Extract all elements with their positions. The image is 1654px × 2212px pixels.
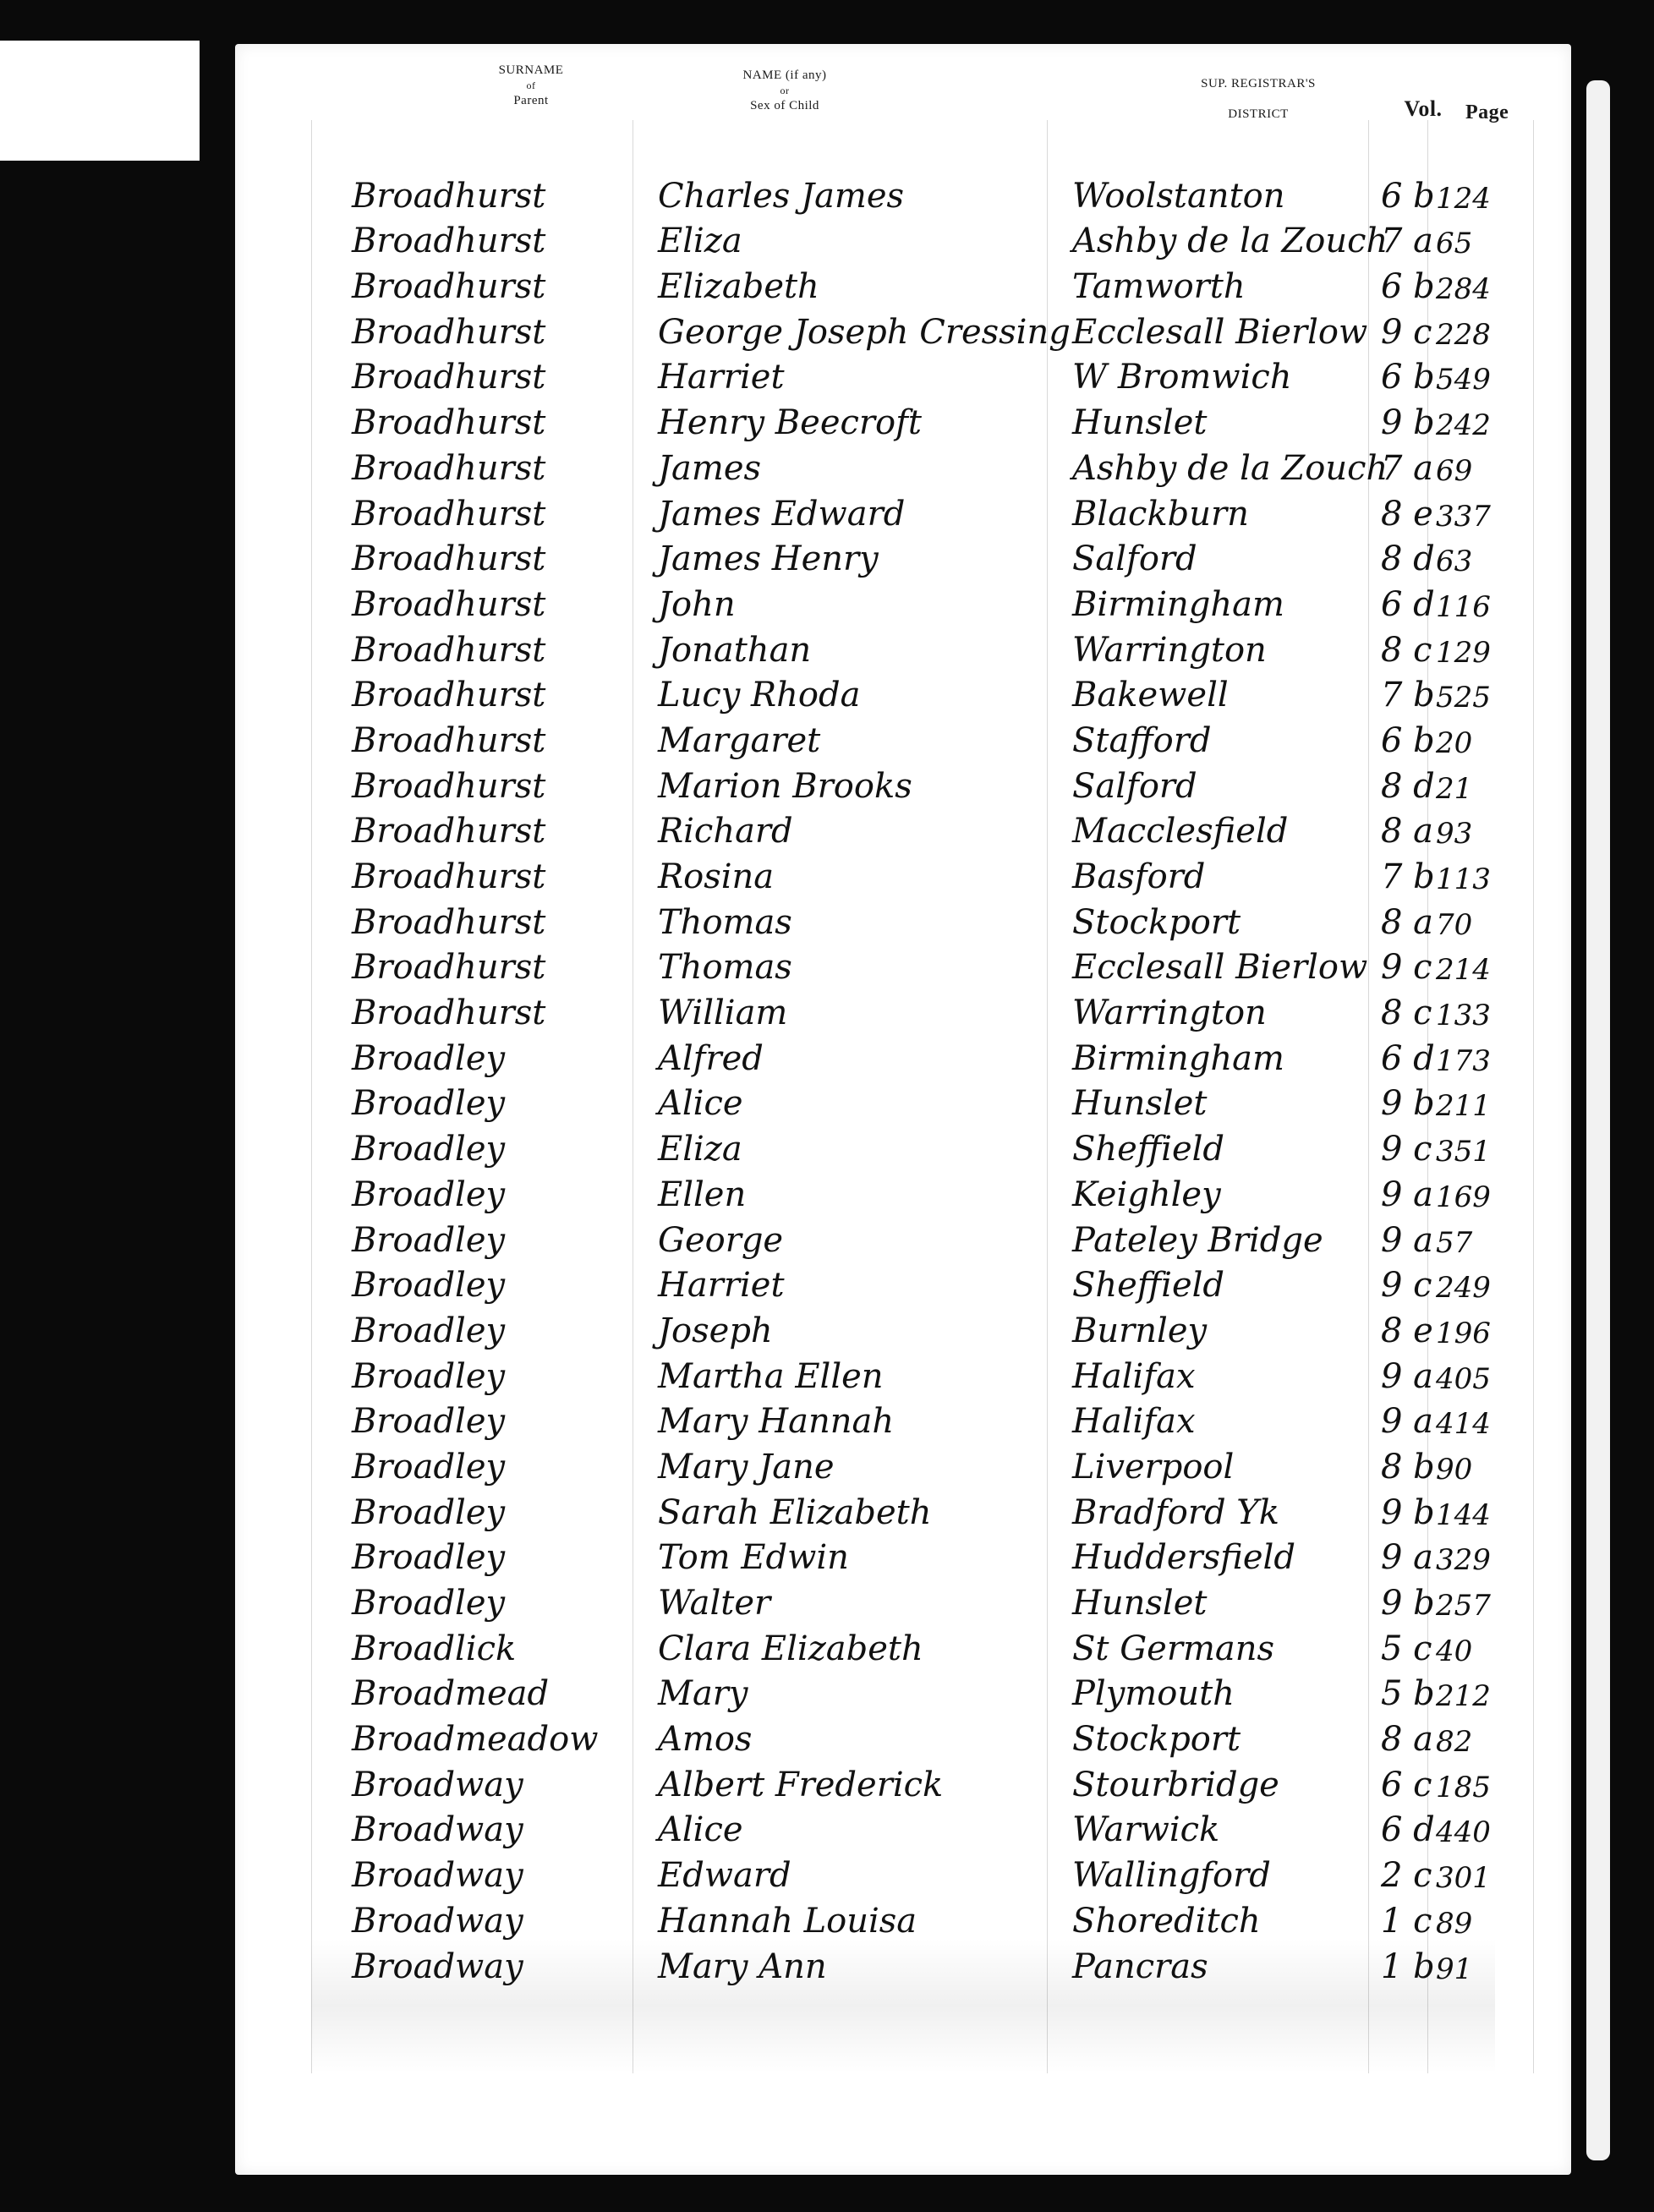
table-row: BroadmeadMaryPlymouth5 b212 xyxy=(235,1673,1571,1719)
child-name-cell: Clara Elizabeth xyxy=(658,1629,923,1668)
volume-cell: 8 b xyxy=(1381,1448,1435,1487)
surname-cell: Broadhurst xyxy=(352,539,545,578)
surname-cell: Broadley xyxy=(352,1538,505,1577)
volume-cell: 8 c xyxy=(1381,631,1432,670)
surname-cell: Broadhurst xyxy=(352,676,545,715)
child-name-cell: Mary xyxy=(658,1674,748,1713)
child-name-cell: Eliza xyxy=(658,1130,742,1169)
volume-cell: 9 b xyxy=(1381,403,1435,442)
volume-cell: 2 c xyxy=(1381,1856,1432,1895)
child-name-cell: Henry Beecroft xyxy=(658,403,922,442)
district-cell: Macclesfield xyxy=(1072,812,1288,851)
district-cell: Pateley Bridge xyxy=(1072,1221,1323,1260)
surname-cell: Broadhurst xyxy=(352,903,545,942)
table-row: BroadhurstGeorge Joseph CressingEcclesal… xyxy=(235,311,1571,357)
table-row: BroadlickClara ElizabethSt Germans5 c40 xyxy=(235,1628,1571,1673)
child-name-cell: Margaret xyxy=(658,721,820,760)
surname-cell: Broadhurst xyxy=(352,767,545,806)
district-cell: Ashby de la Zouch xyxy=(1072,449,1388,488)
volume-cell: 9 b xyxy=(1381,1084,1435,1123)
volume-cell: 9 c xyxy=(1381,1130,1432,1169)
volume-cell: 9 a xyxy=(1381,1175,1433,1214)
surname-cell: Broadway xyxy=(352,1902,523,1941)
header-surname: SURNAME of Parent xyxy=(446,63,616,108)
page-number-cell: 405 xyxy=(1436,1362,1491,1396)
volume-cell: 8 e xyxy=(1381,495,1433,534)
surname-cell: Broadley xyxy=(352,1266,505,1305)
surname-cell: Broadley xyxy=(352,1130,505,1169)
volume-cell: 7 a xyxy=(1381,449,1433,488)
volume-cell: 6 d xyxy=(1381,585,1435,624)
surname-cell: Broadhurst xyxy=(352,403,545,442)
district-cell: Burnley xyxy=(1072,1311,1207,1350)
page-number-cell: 351 xyxy=(1436,1135,1491,1169)
table-row: BroadleyWalterHunslet9 b257 xyxy=(235,1582,1571,1628)
volume-cell: 8 a xyxy=(1381,903,1433,942)
child-name-cell: Jonathan xyxy=(658,631,811,670)
table-row: BroadleyGeorgePateley Bridge9 a57 xyxy=(235,1219,1571,1265)
district-cell: Ecclesall Bierlow xyxy=(1072,948,1367,987)
page-number-cell: 57 xyxy=(1436,1226,1472,1260)
child-name-cell: Amos xyxy=(658,1720,752,1759)
district-cell: Ecclesall Bierlow xyxy=(1072,313,1367,352)
volume-cell: 9 a xyxy=(1381,1538,1433,1577)
page-number-cell: 242 xyxy=(1436,408,1491,442)
district-cell: Warrington xyxy=(1072,994,1267,1032)
page-number-cell: 69 xyxy=(1436,454,1472,488)
surname-cell: Broadhurst xyxy=(352,948,545,987)
district-cell: Sheffield xyxy=(1072,1130,1224,1169)
surname-cell: Broadhurst xyxy=(352,585,545,624)
child-name-cell: Walter xyxy=(658,1584,770,1623)
district-cell: Sheffield xyxy=(1072,1266,1224,1305)
volume-cell: 6 d xyxy=(1381,1810,1435,1849)
volume-cell: 9 c xyxy=(1381,313,1432,352)
page-number-cell: 414 xyxy=(1436,1407,1491,1441)
table-row: BroadleyMary HannahHalifax9 a414 xyxy=(235,1401,1571,1447)
surname-cell: Broadhurst xyxy=(352,631,545,670)
child-name-cell: Elizabeth xyxy=(658,267,819,306)
volume-cell: 6 b xyxy=(1381,721,1435,760)
volume-cell: 8 d xyxy=(1381,539,1435,578)
child-name-cell: Harriet xyxy=(658,358,785,397)
table-row: BroadleyHarrietSheffield9 c249 xyxy=(235,1265,1571,1311)
surname-cell: Broadhurst xyxy=(352,812,545,851)
table-row: BroadhurstLucy RhodaBakewell7 b525 xyxy=(235,675,1571,720)
page-number-cell: 70 xyxy=(1436,908,1472,942)
volume-cell: 8 a xyxy=(1381,1720,1433,1759)
child-name-cell: Lucy Rhoda xyxy=(658,676,860,715)
district-cell: Plymouth xyxy=(1072,1674,1235,1713)
district-cell: Bakewell xyxy=(1072,676,1229,715)
district-cell: Halifax xyxy=(1072,1357,1196,1396)
surname-cell: Broadley xyxy=(352,1357,505,1396)
table-row: BroadleyElizaSheffield9 c351 xyxy=(235,1128,1571,1174)
table-row: BroadleyAliceHunslet9 b211 xyxy=(235,1083,1571,1129)
volume-cell: 8 d xyxy=(1381,767,1435,806)
surname-cell: Broadhurst xyxy=(352,267,545,306)
table-row: BroadhurstMarion BrooksSalford8 d21 xyxy=(235,765,1571,811)
surname-cell: Broadley xyxy=(352,1402,505,1441)
page-number-cell: 144 xyxy=(1436,1498,1491,1532)
page-number-cell: 20 xyxy=(1436,726,1472,760)
child-name-cell: Edward xyxy=(658,1856,791,1895)
child-name-cell: Martha Ellen xyxy=(658,1357,884,1396)
volume-cell: 9 a xyxy=(1381,1221,1433,1260)
table-row: BroadhurstCharles JamesWoolstanton6 b124 xyxy=(235,175,1571,221)
surname-cell: Broadley xyxy=(352,1084,505,1123)
table-row: BroadhurstWilliamWarrington8 c133 xyxy=(235,992,1571,1038)
surname-cell: Broadhurst xyxy=(352,495,545,534)
page-number-cell: 214 xyxy=(1436,953,1491,987)
surname-cell: Broadhurst xyxy=(352,313,545,352)
child-name-cell: Hannah Louisa xyxy=(658,1902,917,1941)
child-name-cell: William xyxy=(658,994,787,1032)
child-name-cell: Charles James xyxy=(658,177,904,216)
district-cell: Hunslet xyxy=(1072,403,1207,442)
volume-cell: 1 c xyxy=(1381,1902,1432,1941)
surname-cell: Broadhurst xyxy=(352,358,545,397)
volume-cell: 6 c xyxy=(1381,1766,1432,1804)
volume-cell: 6 d xyxy=(1381,1039,1435,1078)
table-row: BroadleyMary JaneLiverpool8 b90 xyxy=(235,1446,1571,1492)
surname-cell: Broadhurst xyxy=(352,177,545,216)
entries-list: BroadhurstCharles JamesWoolstanton6 b124… xyxy=(235,175,1571,1991)
table-row: BroadleyMartha EllenHalifax9 a405 xyxy=(235,1355,1571,1401)
volume-cell: 5 b xyxy=(1381,1674,1435,1713)
district-cell: Ashby de la Zouch xyxy=(1072,222,1388,260)
table-row: BroadhurstHenry BeecroftHunslet9 b242 xyxy=(235,402,1571,447)
surname-cell: Broadley xyxy=(352,1039,505,1078)
surname-cell: Broadway xyxy=(352,1766,523,1804)
surname-cell: Broadmeadow xyxy=(352,1720,598,1759)
volume-cell: 6 b xyxy=(1381,177,1435,216)
table-row: BroadleyJosephBurnley8 e196 xyxy=(235,1310,1571,1355)
volume-cell: 9 b xyxy=(1381,1493,1435,1532)
table-row: BroadhurstThomasStockport8 a70 xyxy=(235,901,1571,947)
page-number-cell: 40 xyxy=(1436,1634,1472,1668)
district-cell: Stourbridge xyxy=(1072,1766,1279,1804)
child-name-cell: Mary Jane xyxy=(658,1448,835,1487)
column-headers: SURNAME of Parent NAME (if any) or Sex o… xyxy=(235,44,1571,154)
header-district-line1: SUP. REGISTRAR'S xyxy=(1201,77,1316,90)
table-row: BroadmeadowAmosStockport8 a82 xyxy=(235,1718,1571,1764)
table-row: BroadhurstJonathanWarrington8 c129 xyxy=(235,629,1571,675)
child-name-cell: Alice xyxy=(658,1810,743,1849)
page-number-cell: 133 xyxy=(1436,999,1491,1032)
child-name-cell: Thomas xyxy=(658,903,792,942)
volume-cell: 8 a xyxy=(1381,812,1433,851)
district-cell: W Bromwich xyxy=(1072,358,1292,397)
district-cell: Wallingford xyxy=(1072,1856,1271,1895)
child-name-cell: John xyxy=(658,585,736,624)
label-patch xyxy=(0,41,200,161)
header-surname-line2: of xyxy=(446,78,616,93)
page-number-cell: 284 xyxy=(1436,272,1491,306)
page-number-cell: 440 xyxy=(1436,1815,1491,1849)
volume-cell: 8 c xyxy=(1381,994,1432,1032)
table-row: BroadhurstJames HenrySalford8 d63 xyxy=(235,539,1571,584)
surname-cell: Broadlick xyxy=(352,1629,516,1668)
page-number-cell: 549 xyxy=(1436,363,1491,397)
surname-cell: Broadley xyxy=(352,1448,505,1487)
district-cell: Birmingham xyxy=(1072,1039,1284,1078)
surname-cell: Broadley xyxy=(352,1175,505,1214)
page-number-cell: 21 xyxy=(1436,772,1472,806)
volume-cell: 7 a xyxy=(1381,222,1433,260)
page-number-cell: 337 xyxy=(1436,500,1491,534)
child-name-cell: Alice xyxy=(658,1084,743,1123)
district-cell: Birmingham xyxy=(1072,585,1284,624)
page-number-cell: 116 xyxy=(1436,590,1491,624)
district-cell: Salford xyxy=(1072,539,1197,578)
surname-cell: Broadley xyxy=(352,1584,505,1623)
header-district-line2: DISTRICT xyxy=(1228,107,1289,121)
table-row: BroadhurstRosinaBasford7 b113 xyxy=(235,856,1571,901)
child-name-cell: Rosina xyxy=(658,857,774,896)
page-number-cell: 65 xyxy=(1436,227,1472,260)
district-cell: Warwick xyxy=(1072,1810,1219,1849)
surname-cell: Broadhurst xyxy=(352,449,545,488)
header-surname-line3: Parent xyxy=(513,94,548,107)
table-row: BroadhurstJames EdwardBlackburn8 e337 xyxy=(235,493,1571,539)
volume-cell: 9 c xyxy=(1381,1266,1432,1305)
volume-cell: 9 a xyxy=(1381,1402,1433,1441)
page-number-cell: 89 xyxy=(1436,1907,1472,1941)
volume-cell: 6 b xyxy=(1381,358,1435,397)
surname-cell: Broadway xyxy=(352,1856,523,1895)
page-number-cell: 525 xyxy=(1436,681,1491,715)
child-name-cell: Thomas xyxy=(658,948,792,987)
binding-edge xyxy=(1586,80,1610,2160)
surname-cell: Broadhurst xyxy=(352,222,545,260)
child-name-cell: Tom Edwin xyxy=(658,1538,849,1577)
volume-cell: 8 e xyxy=(1381,1311,1433,1350)
district-cell: Shoreditch xyxy=(1072,1902,1261,1941)
district-cell: Stockport xyxy=(1072,1720,1240,1759)
volume-cell: 9 b xyxy=(1381,1584,1435,1623)
child-name-cell: Harriet xyxy=(658,1266,785,1305)
page-number-cell: 63 xyxy=(1436,545,1472,578)
volume-cell: 9 a xyxy=(1381,1357,1433,1396)
surname-cell: Broadmead xyxy=(352,1674,549,1713)
table-row: BroadhurstElizaAshby de la Zouch7 a65 xyxy=(235,221,1571,266)
header-page: Page xyxy=(1465,105,1533,120)
district-cell: Bradford Yk xyxy=(1072,1493,1279,1532)
table-row: BroadleyAlfredBirmingham6 d173 xyxy=(235,1038,1571,1083)
page-number-cell: 212 xyxy=(1436,1679,1491,1713)
table-row: BroadhurstThomasEcclesall Bierlow9 c214 xyxy=(235,947,1571,993)
page-number-cell: 93 xyxy=(1436,817,1472,851)
page-number-cell: 169 xyxy=(1436,1180,1491,1214)
district-cell: Hunslet xyxy=(1072,1084,1207,1123)
header-name-line2: or xyxy=(683,83,886,98)
page-number-cell: 196 xyxy=(1436,1317,1491,1350)
child-name-cell: Eliza xyxy=(658,222,742,260)
district-cell: Stafford xyxy=(1072,721,1211,760)
page-number-cell: 90 xyxy=(1436,1453,1472,1487)
header-name: NAME (if any) or Sex of Child xyxy=(683,68,886,113)
table-row: BroadhurstMargaretStafford6 b20 xyxy=(235,720,1571,765)
district-cell: Keighley xyxy=(1072,1175,1221,1214)
header-vol: Vol. xyxy=(1394,101,1453,117)
table-row: BroadleyTom EdwinHuddersfield9 a329 xyxy=(235,1537,1571,1583)
table-row: BroadwayEdwardWallingford2 c301 xyxy=(235,1854,1571,1900)
page-stain xyxy=(311,1938,1495,2073)
page-number-cell: 82 xyxy=(1436,1725,1472,1759)
header-name-line1: NAME (if any) xyxy=(743,68,827,82)
page-number-cell: 329 xyxy=(1436,1543,1491,1577)
child-name-cell: Sarah Elizabeth xyxy=(658,1493,932,1532)
header-name-line3: Sex of Child xyxy=(750,99,819,112)
child-name-cell: Joseph xyxy=(658,1311,773,1350)
child-name-cell: James Henry xyxy=(658,539,879,578)
table-row: BroadwayAliceWarwick6 d440 xyxy=(235,1810,1571,1855)
page-number-cell: 301 xyxy=(1436,1861,1491,1895)
district-cell: Liverpool xyxy=(1072,1448,1234,1487)
district-cell: Hunslet xyxy=(1072,1584,1207,1623)
page-number-cell: 173 xyxy=(1436,1044,1491,1078)
page-number-cell: 211 xyxy=(1436,1089,1491,1123)
table-row: BroadhurstElizabethTamworth6 b284 xyxy=(235,266,1571,311)
page-number-cell: 113 xyxy=(1436,862,1491,896)
table-row: BroadwayAlbert FrederickStourbridge6 c18… xyxy=(235,1764,1571,1810)
district-cell: Tamworth xyxy=(1072,267,1246,306)
table-row: BroadhurstJohnBirmingham6 d116 xyxy=(235,583,1571,629)
surname-cell: Broadhurst xyxy=(352,994,545,1032)
child-name-cell: Albert Frederick xyxy=(658,1766,943,1804)
volume-cell: 6 b xyxy=(1381,267,1435,306)
page-number-cell: 249 xyxy=(1436,1271,1491,1305)
district-cell: Warrington xyxy=(1072,631,1267,670)
table-row: BroadhurstRichardMacclesfield8 a93 xyxy=(235,811,1571,857)
surname-cell: Broadhurst xyxy=(352,857,545,896)
page-number-cell: 257 xyxy=(1436,1589,1491,1623)
child-name-cell: Mary Hannah xyxy=(658,1402,894,1441)
surname-cell: Broadhurst xyxy=(352,721,545,760)
surname-cell: Broadway xyxy=(352,1810,523,1849)
table-row: BroadleyEllenKeighley9 a169 xyxy=(235,1174,1571,1219)
page-number-cell: 185 xyxy=(1436,1771,1491,1804)
page-number-cell: 129 xyxy=(1436,636,1491,670)
header-district: SUP. REGISTRAR'S DISTRICT xyxy=(1148,76,1368,122)
district-cell: Basford xyxy=(1072,857,1205,896)
surname-cell: Broadley xyxy=(352,1221,505,1260)
table-row: BroadleySarah ElizabethBradford Yk9 b144 xyxy=(235,1492,1571,1537)
district-cell: Blackburn xyxy=(1072,495,1249,534)
page-number-cell: 124 xyxy=(1436,182,1491,216)
child-name-cell: James Edward xyxy=(658,495,905,534)
child-name-cell: George xyxy=(658,1221,783,1260)
district-cell: Salford xyxy=(1072,767,1197,806)
header-surname-line1: SURNAME xyxy=(499,63,564,77)
page-number-cell: 228 xyxy=(1436,318,1491,352)
child-name-cell: Marion Brooks xyxy=(658,767,912,806)
register-page: SURNAME of Parent NAME (if any) or Sex o… xyxy=(235,44,1571,2175)
surname-cell: Broadley xyxy=(352,1311,505,1350)
child-name-cell: Alfred xyxy=(658,1039,764,1078)
district-cell: Halifax xyxy=(1072,1402,1196,1441)
district-cell: Stockport xyxy=(1072,903,1240,942)
child-name-cell: Ellen xyxy=(658,1175,746,1214)
child-name-cell: George Joseph Cressing xyxy=(658,313,1071,352)
volume-cell: 7 b xyxy=(1381,857,1435,896)
table-row: BroadhurstJamesAshby de la Zouch7 a69 xyxy=(235,447,1571,493)
volume-cell: 9 c xyxy=(1381,948,1432,987)
surname-cell: Broadley xyxy=(352,1493,505,1532)
child-name-cell: James xyxy=(658,449,761,488)
district-cell: Woolstanton xyxy=(1072,177,1284,216)
child-name-cell: Richard xyxy=(658,812,793,851)
district-cell: Huddersfield xyxy=(1072,1538,1295,1577)
volume-cell: 5 c xyxy=(1381,1629,1432,1668)
volume-cell: 7 b xyxy=(1381,676,1435,715)
table-row: BroadhurstHarrietW Bromwich6 b549 xyxy=(235,357,1571,402)
district-cell: St Germans xyxy=(1072,1629,1274,1668)
